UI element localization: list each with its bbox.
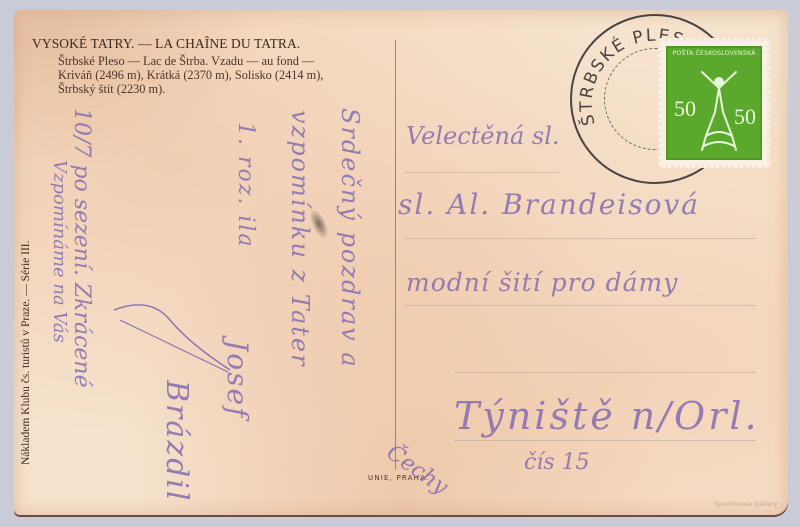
caption-line: Štrbské Pleso — Lac de Štrba. Vzadu — au… — [58, 54, 323, 68]
message-column: vzpomínku z Tater — [286, 110, 314, 368]
message-signature: Brázdil — [159, 380, 194, 502]
address-line-house-number: čís 15 — [524, 450, 590, 475]
message-column: Srdečný pozdrav a — [336, 108, 364, 369]
liberated-republic-figure-icon — [698, 66, 740, 154]
address-line-country: Čechy — [382, 440, 453, 500]
message-column: Vzpomínáme na Vás — [49, 160, 70, 343]
printed-title: VYSOKÉ TATRY. — LA CHAÎNE DU TATRA. — [32, 36, 300, 52]
address-line-name: sl. Al. Brandeisová — [398, 188, 700, 221]
postage-stamp: POŠTA ČESKOSLOVENSKÁ 50 50 — [658, 38, 770, 168]
printed-caption: Štrbské Pleso — Lac de Štrba. Vzadu — au… — [58, 54, 323, 97]
caption-line: Kriváň (2496 m), Krátká (2370 m), Solisk… — [58, 68, 323, 82]
message-column: 1. roz. ila — [233, 122, 258, 249]
address-dotted-line — [455, 440, 755, 441]
watermark: Sparkhouse Gallery — [714, 500, 778, 508]
caption-line: Štrbský štít (2230 m). — [58, 82, 323, 96]
signature-flourish-icon — [110, 300, 250, 390]
address-line-salutation: Velectěná sl. — [406, 122, 560, 150]
stamp-design: POŠTA ČESKOSLOVENSKÁ 50 50 — [666, 46, 762, 160]
address-dotted-line — [405, 305, 755, 306]
stamp-value-left: 50 — [674, 96, 696, 122]
address-dotted-line — [405, 172, 560, 173]
message-column: 10/7 po sezení. Zkrácené — [69, 108, 94, 388]
postcard: VYSOKÉ TATRY. — LA CHAÎNE DU TATRA. Štrb… — [14, 10, 788, 515]
address-dotted-line — [405, 238, 755, 239]
address-line-town: Týniště n/Orl. — [454, 394, 760, 438]
center-divider-line — [395, 40, 396, 470]
address-line-occupation: modní šití pro dámy — [406, 268, 678, 297]
publisher-imprint: Nákladem Klubu čs. turistů v Praze. — Sé… — [20, 240, 32, 465]
stamp-country-text: POŠTA ČESKOSLOVENSKÁ — [668, 50, 760, 57]
address-dotted-line — [455, 372, 755, 373]
